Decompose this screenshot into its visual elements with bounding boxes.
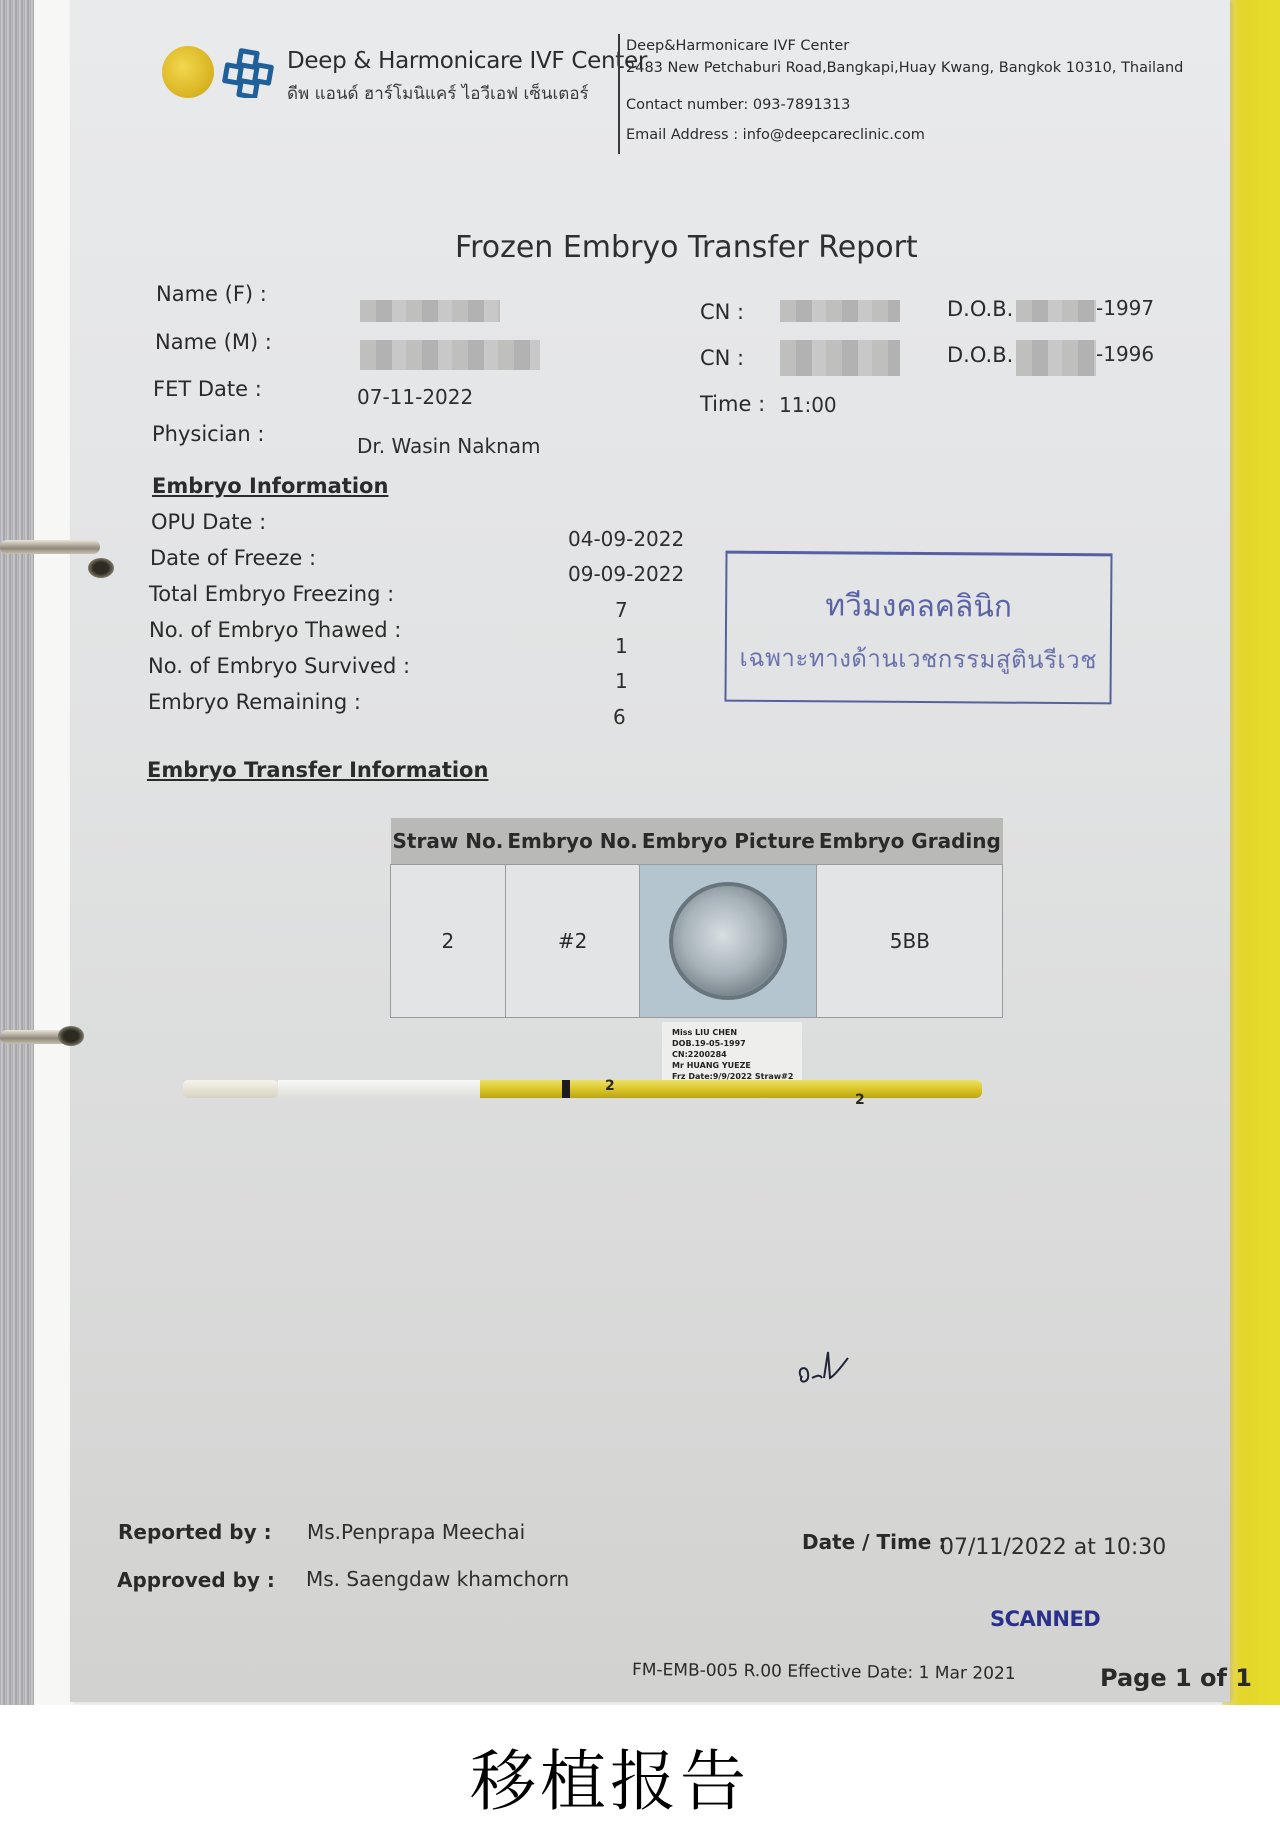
punch-hole-top	[88, 558, 114, 578]
remaining-value: 6	[613, 705, 626, 729]
col-embryo-grading: Embryo Grading	[817, 818, 1003, 865]
cn-m-label: CN :	[700, 346, 744, 370]
straw-mark: 2	[605, 1078, 615, 1094]
dob-f-label: D.O.B.	[947, 297, 1013, 321]
straw-label-line: DOB.19-05-1997 CN:2200284	[672, 1038, 802, 1060]
signature-mark	[792, 1348, 872, 1388]
dob-f-redacted	[1016, 300, 1096, 322]
survived-value: 1	[615, 669, 628, 693]
straw-black-band	[562, 1080, 570, 1098]
embryo-grading-cell: 5BB	[817, 865, 1003, 1018]
scanned-stamp: SCANNED	[990, 1607, 1100, 1631]
straw-sticker-label: Miss LIU CHEN DOB.19-05-1997 CN:2200284 …	[662, 1022, 802, 1082]
name-f-redacted	[360, 300, 500, 322]
address-contact: Contact number: 093-7891313	[626, 97, 850, 113]
transfer-info-heading: Embryo Transfer Information	[147, 758, 488, 782]
embryo-picture-cell	[640, 865, 817, 1018]
dob-m-year: -1996	[1096, 342, 1154, 366]
straw-label-line: Mr HUANG YUEZE	[672, 1060, 802, 1071]
datetime-value: 07/11/2022 at 10:30	[940, 1535, 1166, 1560]
total-frozen-value: 7	[615, 598, 628, 622]
straw-yellow-section	[480, 1080, 982, 1098]
document-photo: Deep & Harmonicare IVF Center ดีพ แอนด์ …	[0, 0, 1280, 1705]
clinic-stamp: ทวีมงคลคลินิก เฉพาะทางด้านเวชกรรมสูตินรี…	[724, 551, 1112, 705]
dob-m-label: D.O.B.	[947, 343, 1013, 367]
embryo-no-cell: #2	[505, 865, 640, 1018]
straw-plug	[183, 1080, 278, 1098]
stamp-specialty: เฉพาะทางด้านเวชกรรมสูตินรีเวช	[727, 638, 1110, 680]
straw-no-cell: 2	[391, 865, 506, 1018]
opu-date-label: OPU Date :	[151, 510, 266, 534]
approved-by-value: Ms. Saengdaw khamchorn	[306, 1567, 569, 1591]
dob-m-redacted	[1016, 340, 1096, 376]
clinic-logo-icon	[222, 48, 274, 98]
freeze-date-label: Date of Freeze :	[150, 546, 316, 570]
time-value: 11:00	[779, 393, 837, 417]
binder-ring-top	[0, 540, 100, 554]
report-title: Frozen Embryo Transfer Report	[455, 230, 918, 265]
col-embryo-picture: Embryo Picture	[640, 818, 817, 865]
page-number: Page 1 of 1	[1100, 1664, 1252, 1692]
name-m-label: Name (M) :	[155, 330, 272, 354]
name-f-label: Name (F) :	[156, 282, 267, 306]
yellow-folder-edge	[1222, 0, 1280, 1705]
org-name-english: Deep & Harmonicare IVF Center	[287, 48, 647, 74]
remaining-label: Embryo Remaining :	[148, 690, 361, 714]
thawed-value: 1	[615, 634, 628, 658]
physician-value: Dr. Wasin Naknam	[357, 434, 540, 458]
cn-m-redacted	[780, 340, 900, 376]
name-m-redacted	[360, 340, 540, 370]
binder-page-edge	[34, 0, 74, 1705]
survived-label: No. of Embryo Survived :	[148, 654, 410, 678]
table-header-row: Straw No. Embryo No. Embryo Picture Embr…	[391, 818, 1003, 865]
straw-mark: 2	[855, 1092, 865, 1108]
reported-by-label: Reported by :	[118, 1520, 272, 1544]
approved-by-label: Approved by :	[117, 1568, 275, 1592]
col-embryo-no: Embryo No.	[505, 818, 640, 865]
address-email: Email Address : info@deepcareclinic.com	[626, 127, 925, 143]
cn-f-label: CN :	[700, 300, 744, 324]
stamp-clinic-name: ทวีมงคลคลินิก	[727, 582, 1110, 632]
org-name-thai: ดีพ แอนด์ ฮาร์โมนิแคร์ ไอวีเอฟ เซ็นเตอร์	[287, 80, 589, 107]
dob-f-year: -1997	[1096, 296, 1154, 320]
clinic-seal-icon	[162, 46, 214, 98]
time-label: Time :	[700, 392, 765, 416]
punch-hole-bottom	[58, 1026, 84, 1046]
image-caption: 移植报告	[470, 1728, 750, 1823]
datetime-label: Date / Time :	[802, 1530, 946, 1554]
thawed-label: No. of Embryo Thawed :	[149, 618, 401, 642]
form-code: FM-EMB-005 R.00 Effective Date: 1 Mar 20…	[632, 1660, 1016, 1684]
physician-label: Physician :	[152, 422, 265, 446]
address-street: 2483 New Petchaburi Road,Bangkapi,Huay K…	[626, 60, 1183, 76]
table-row: 2 #2 5BB	[391, 865, 1003, 1018]
address-clinic-name: Deep&Harmonicare IVF Center	[626, 38, 849, 54]
fet-date-value: 07-11-2022	[357, 385, 473, 409]
header-divider	[618, 34, 620, 154]
fet-date-label: FET Date :	[153, 377, 262, 401]
reported-by-value: Ms.Penprapa Meechai	[307, 1520, 525, 1544]
transfer-table: Straw No. Embryo No. Embryo Picture Embr…	[390, 818, 1003, 1018]
total-frozen-label: Total Embryo Freezing :	[149, 582, 394, 606]
embryo-info-heading: Embryo Information	[152, 474, 388, 498]
opu-date-value: 04-09-2022	[568, 527, 684, 551]
freeze-date-value: 09-09-2022	[568, 562, 684, 586]
embryo-image	[669, 882, 787, 1000]
col-straw-no: Straw No.	[391, 818, 506, 865]
cn-f-redacted	[780, 300, 900, 322]
straw-label-line: Miss LIU CHEN	[672, 1027, 802, 1038]
